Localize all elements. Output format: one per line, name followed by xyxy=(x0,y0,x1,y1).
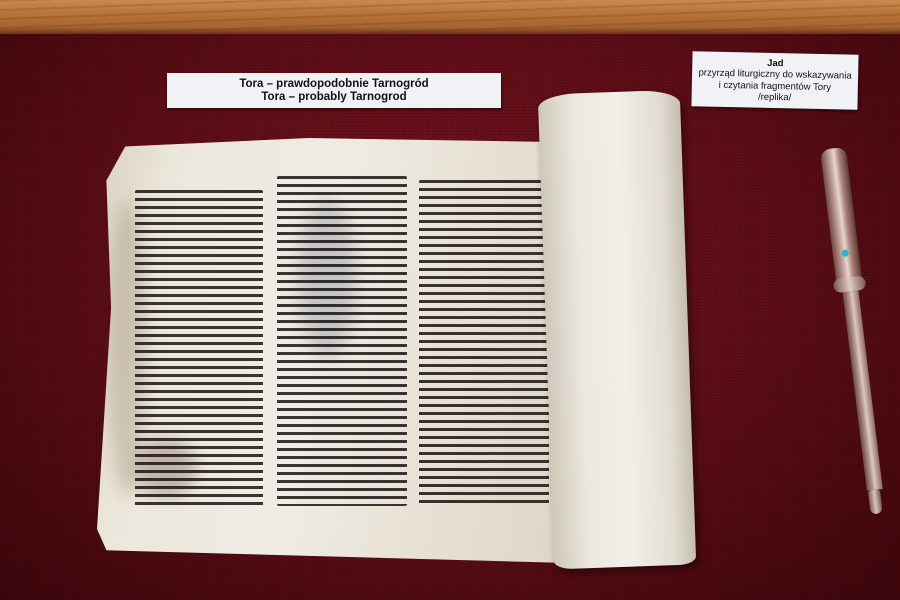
torah-label-polish: Tora – prawdopodobnie Tarnogród xyxy=(167,78,501,91)
torah-scroll-unrolled-sheet xyxy=(97,138,567,563)
torah-label-english: Tora – probably Tarnogrod xyxy=(167,91,501,104)
wooden-frame-edge xyxy=(0,0,900,34)
yad-pointing-hand xyxy=(868,489,883,514)
hebrew-text-column-3 xyxy=(419,180,549,505)
torah-exhibit-label: Tora – prawdopodobnie Tarnogród Tora – p… xyxy=(167,73,501,108)
hebrew-text-column-1 xyxy=(135,190,263,510)
hebrew-text-column-2 xyxy=(277,176,407,506)
yad-label-line3: /replika/ xyxy=(692,90,858,105)
torah-scroll-rolled-part xyxy=(538,90,696,570)
yad-exhibit-label: Jad przyrząd liturgiczny do wskazywania … xyxy=(691,51,858,109)
